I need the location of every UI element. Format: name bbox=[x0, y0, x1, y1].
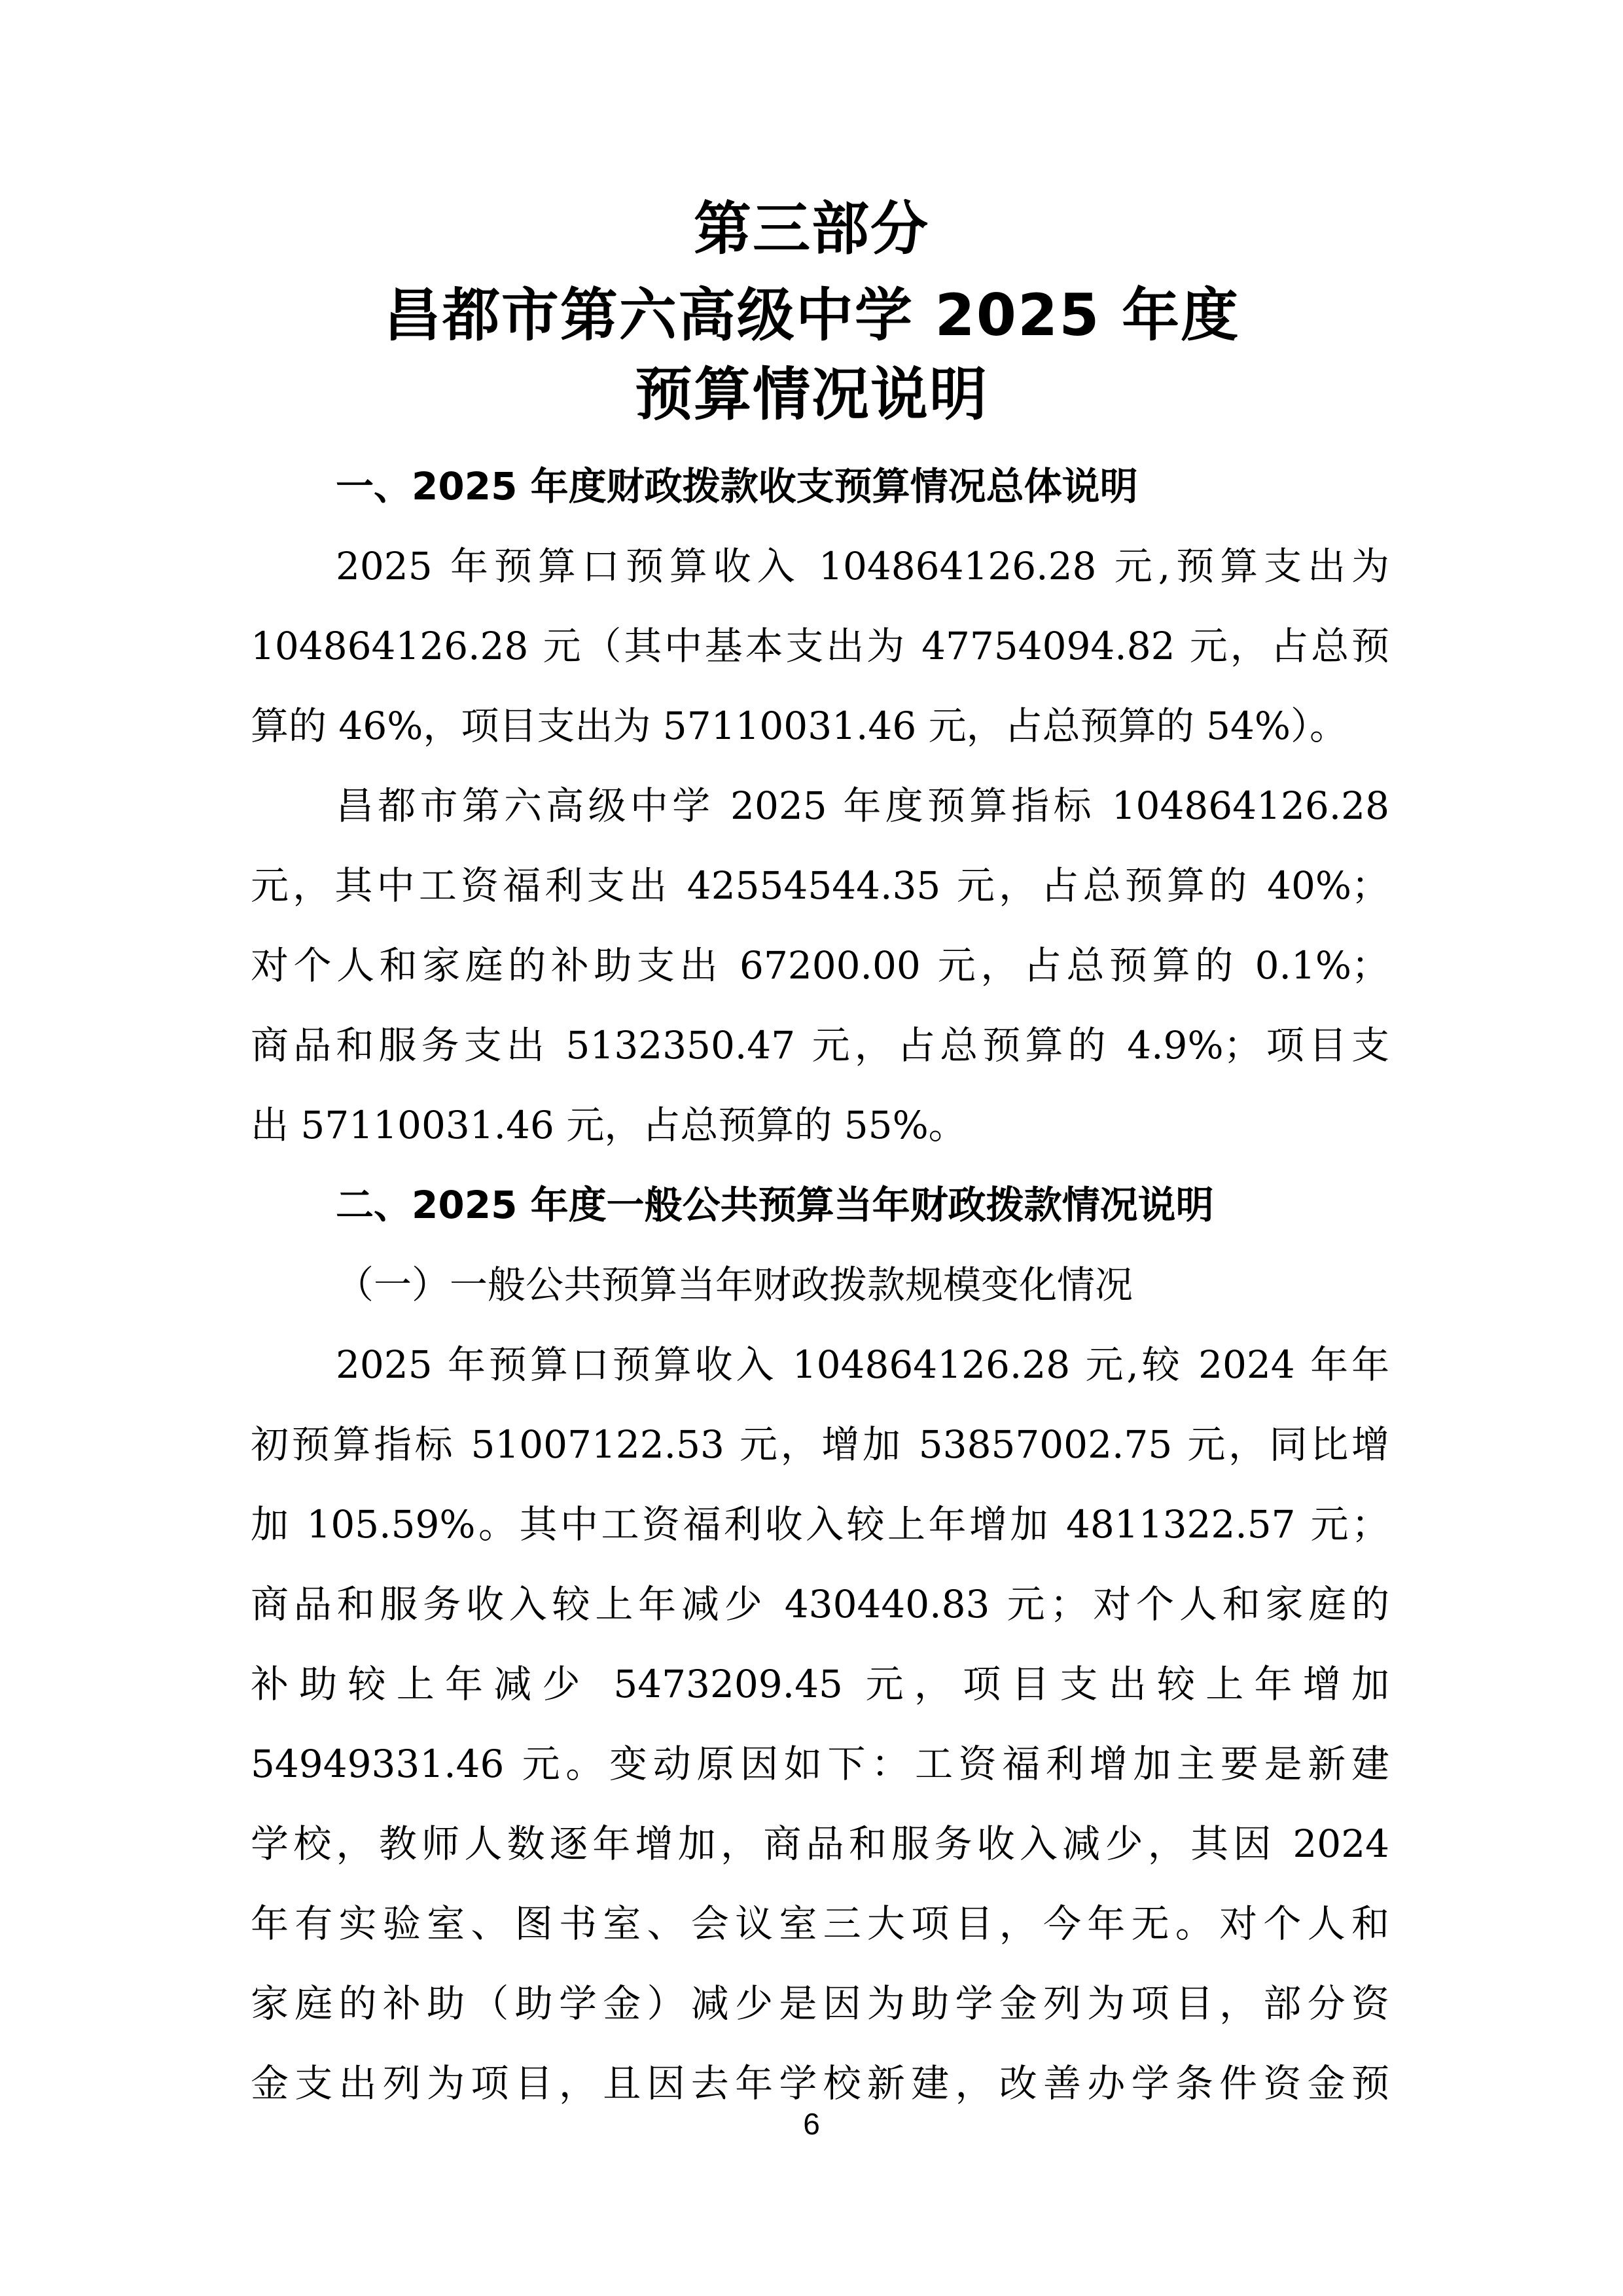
text-line: 商品和服务支出 5132350.47 元，占总预算的 4.9%；项目支 bbox=[251, 1005, 1389, 1085]
text-line: 2025 年预算口预算收入 104864126.28 元,预算支出为 bbox=[251, 526, 1389, 606]
subsection-1-paragraph: 2025 年预算口预算收入 104864126.28 元,较 2024 年年 初… bbox=[251, 1325, 1389, 2123]
text-line: 加 105.59%。其中工资福利收入较上年增加 4811322.57 元； bbox=[251, 1484, 1389, 1564]
text-line: 家庭的补助（助学金）减少是因为助学金列为项目，部分资 bbox=[251, 1964, 1389, 2043]
text-line: 补助较上年减少 5473209.45 元，项目支出较上年增加 bbox=[251, 1644, 1389, 1724]
text-line: 学校，教师人数逐年增加，商品和服务收入减少，其因 2024 bbox=[251, 1804, 1389, 1884]
section-1-paragraph-1: 2025 年预算口预算收入 104864126.28 元,预算支出为 10486… bbox=[251, 526, 1389, 766]
text-line: 商品和服务收入较上年减少 430440.83 元；对个人和家庭的 bbox=[251, 1564, 1389, 1644]
text-line: 昌都市第六高级中学 2025 年度预算指标 104864126.28 bbox=[251, 766, 1389, 846]
text-line: 对个人和家庭的补助支出 67200.00 元，占总预算的 0.1%； bbox=[251, 925, 1389, 1005]
section-2-heading: 二、2025 年度一般公共预算当年财政拨款情况说明 bbox=[251, 1165, 1389, 1245]
document-body: 一、2025 年度财政拨款收支预算情况总体说明 2025 年预算口预算收入 10… bbox=[251, 446, 1389, 2123]
text-line: 年有实验室、图书室、会议室三大项目，今年无。对个人和 bbox=[251, 1884, 1389, 1964]
section-1-heading: 一、2025 年度财政拨款收支预算情况总体说明 bbox=[251, 446, 1389, 526]
text-line: 算的 46%，项目支出为 57110031.46 元，占总预算的 54%）。 bbox=[251, 686, 1389, 766]
text-line: 出 57110031.46 元，占总预算的 55%。 bbox=[251, 1085, 1389, 1165]
subsection-1-heading: （一）一般公共预算当年财政拨款规模变化情况 bbox=[251, 1245, 1389, 1325]
text-line: 104864126.28 元（其中基本支出为 47754094.82 元，占总预 bbox=[251, 606, 1389, 686]
text-line: 54949331.46 元。变动原因如下：工资福利增加主要是新建 bbox=[251, 1724, 1389, 1804]
document-page: 第三部分 昌都市第六高级中学 2025 年度 预算情况说明 一、2025 年度财… bbox=[0, 0, 1623, 2296]
text-line: 初预算指标 51007122.53 元，增加 53857002.75 元，同比增 bbox=[251, 1405, 1389, 1484]
page-number: 6 bbox=[0, 2104, 1623, 2144]
section-1-paragraph-2: 昌都市第六高级中学 2025 年度预算指标 104864126.28 元，其中工… bbox=[251, 766, 1389, 1165]
text-line: 元，其中工资福利支出 42554544.35 元，占总预算的 40%； bbox=[251, 846, 1389, 925]
document-title: 昌都市第六高级中学 2025 年度 bbox=[0, 283, 1623, 348]
part-title: 第三部分 bbox=[0, 196, 1623, 262]
text-line: 2025 年预算口预算收入 104864126.28 元,较 2024 年年 bbox=[251, 1325, 1389, 1405]
document-subtitle: 预算情况说明 bbox=[0, 362, 1623, 427]
